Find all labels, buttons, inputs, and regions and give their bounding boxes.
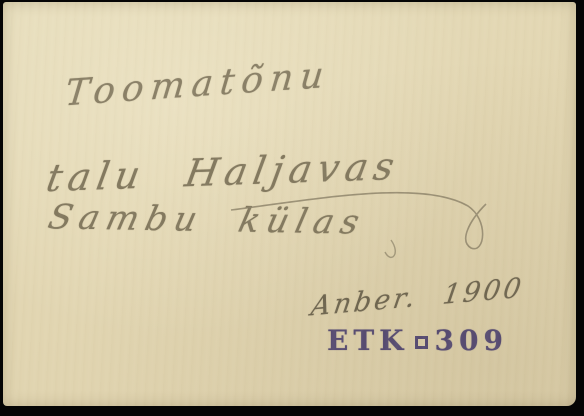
paper-card: Toomatõnu talu Haljavas Sambu külas Anbe… — [3, 2, 576, 406]
handwritten-line-farm-location: talu Haljavas — [43, 144, 403, 201]
handwritten-line-farm-name: Toomatõnu — [63, 55, 332, 115]
scanned-page: Toomatõnu talu Haljavas Sambu külas Anbe… — [0, 0, 584, 416]
archive-stamp: ETK309 — [327, 324, 508, 357]
stamp-prefix: ETK — [327, 324, 409, 357]
stamp-square-icon — [415, 336, 428, 349]
stamp-number: 309 — [435, 324, 508, 357]
handwritten-date-note: Anber. 1900 — [309, 272, 526, 322]
handwritten-line-village: Sambu külas — [44, 197, 370, 242]
